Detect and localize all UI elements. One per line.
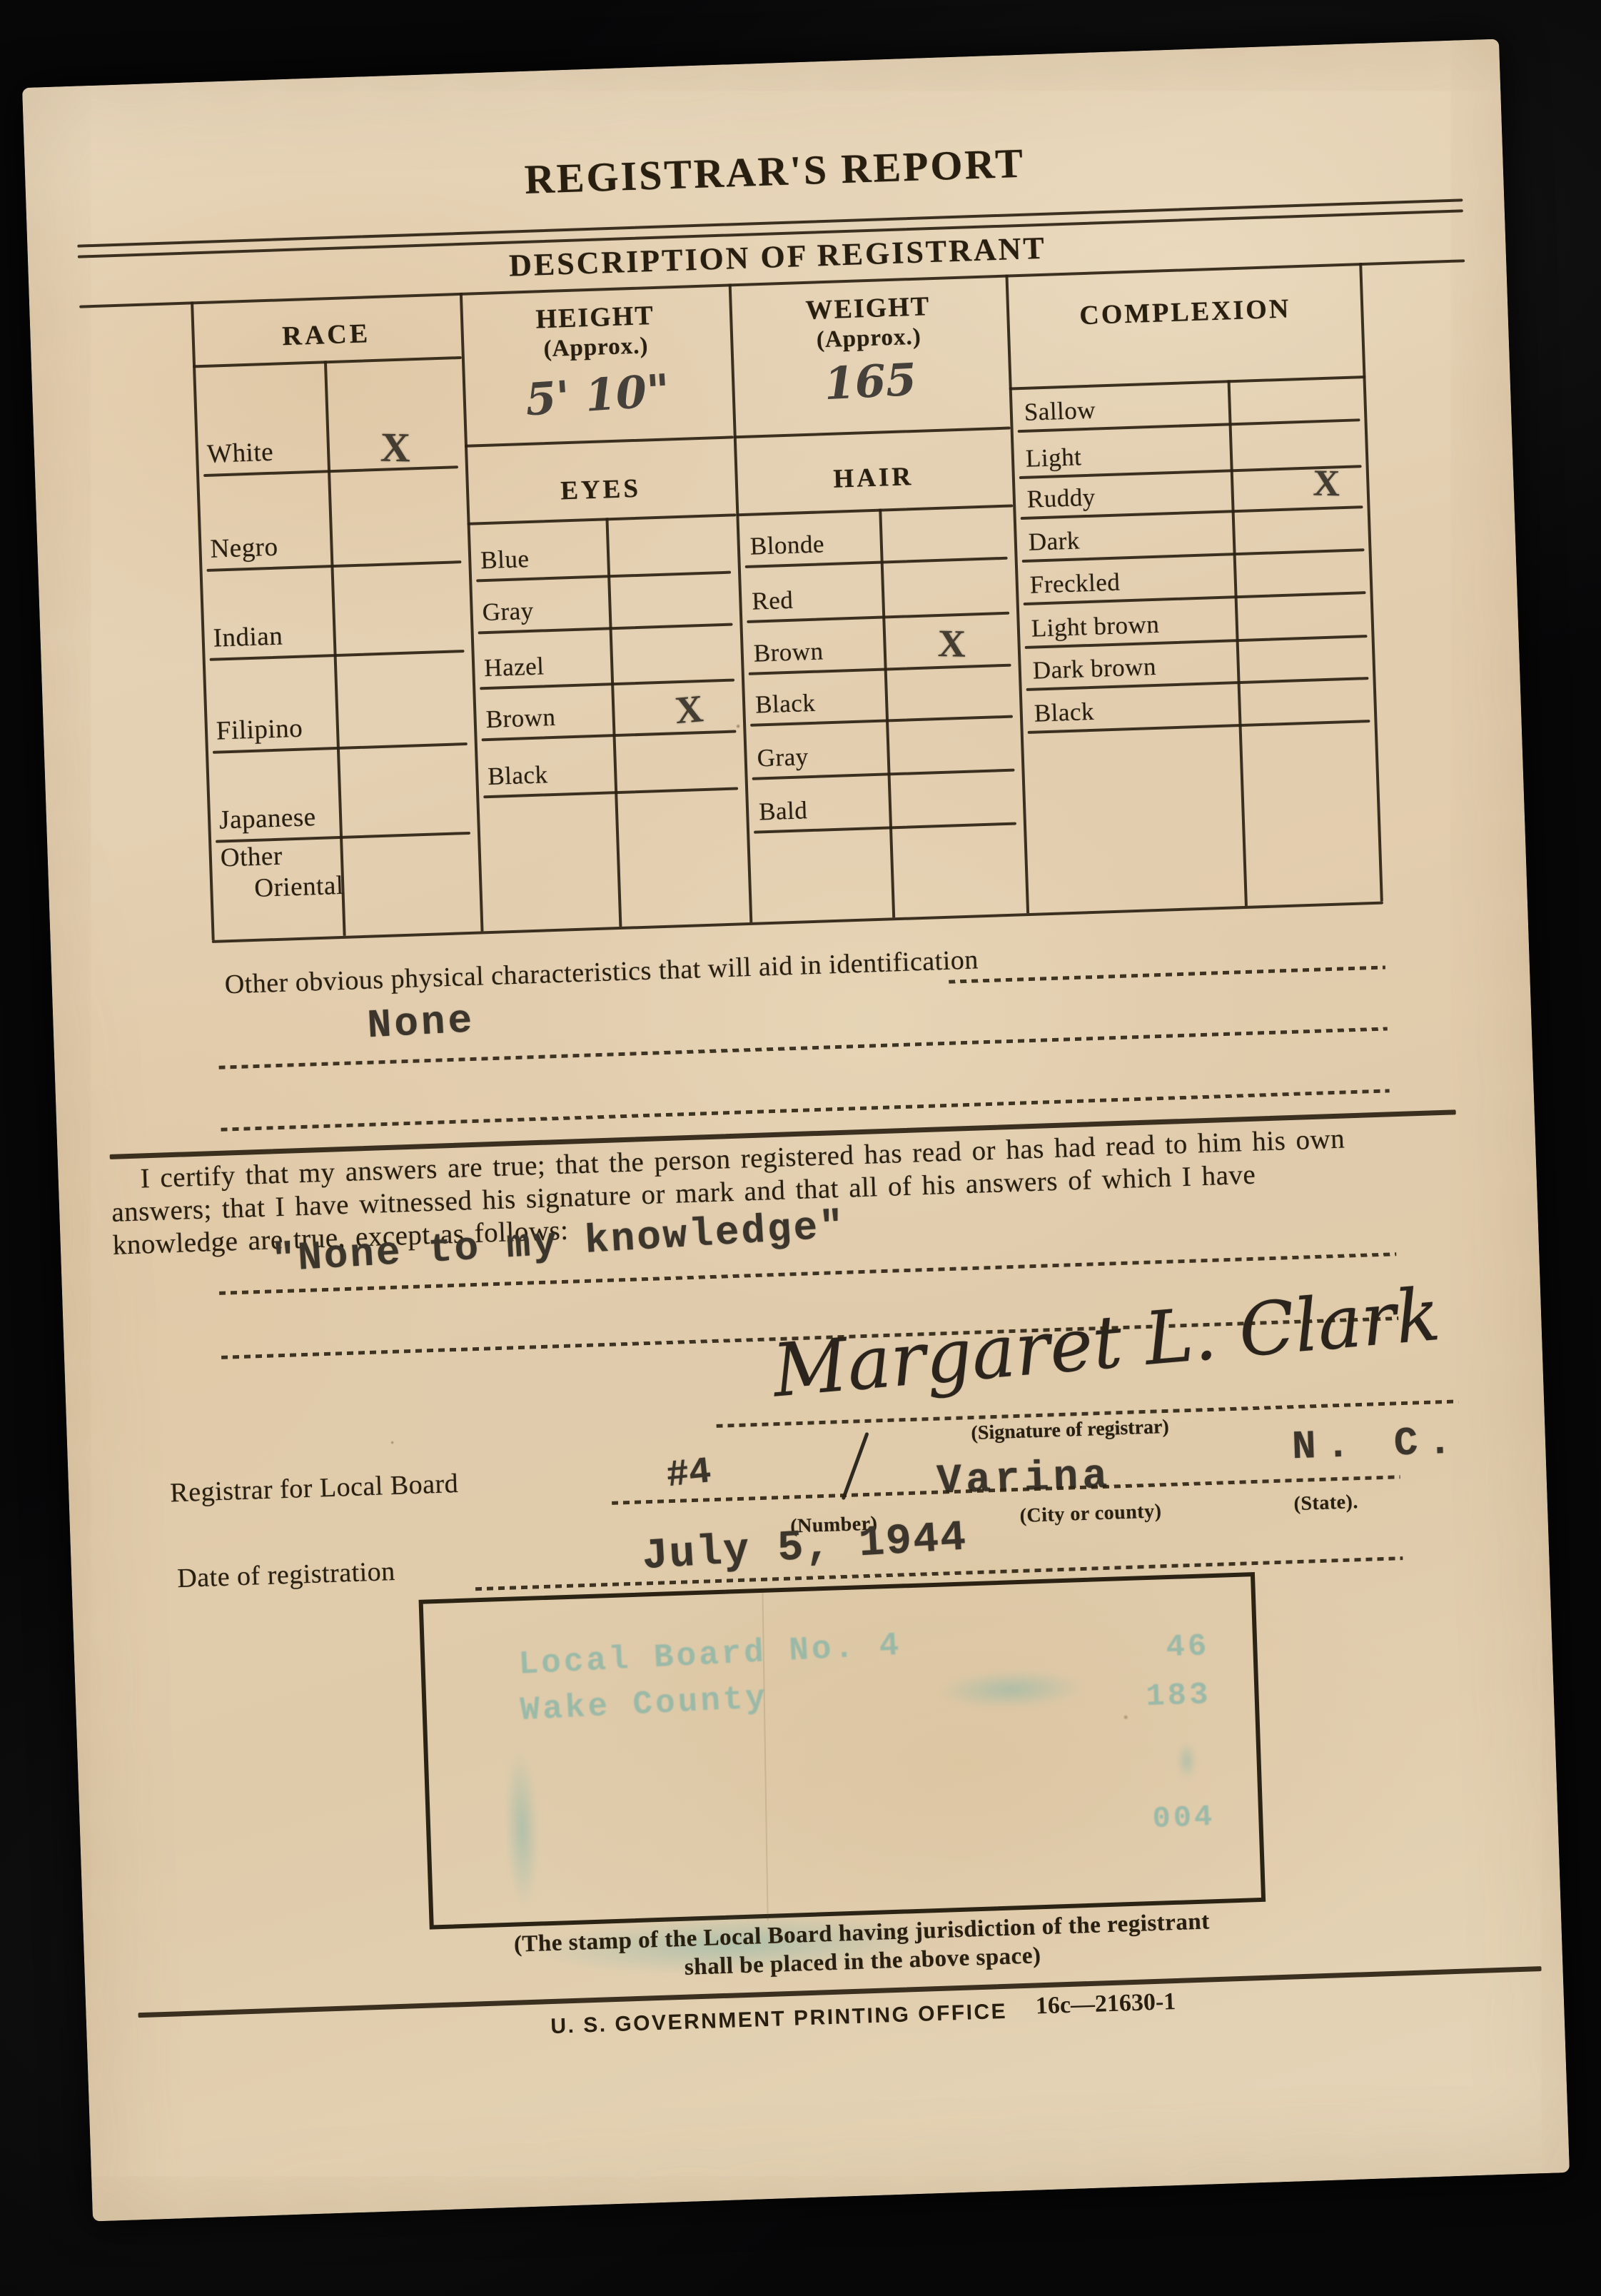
option-race-other-oriental: Other <box>220 841 283 874</box>
option-complexion-ruddy: Ruddy <box>1026 483 1096 514</box>
card-content: REGISTRAR'S REPORT DESCRIPTION OF REGIST… <box>22 39 1570 2222</box>
option-eyes-black: Black <box>488 760 548 791</box>
option-race-other-oriental: Oriental <box>254 870 345 904</box>
option-eyes-blue: Blue <box>480 545 530 575</box>
city-value: Varina <box>936 1454 1112 1506</box>
rule <box>212 902 1383 943</box>
weight-value: 165 <box>731 348 1010 415</box>
stamp-smudge <box>1177 1742 1197 1780</box>
dotted-rule <box>221 1089 1389 1131</box>
option-complexion-light-brown: Light brown <box>1031 610 1160 643</box>
registration-date-label: Date of registration <box>177 1556 396 1594</box>
rule-vertical <box>605 518 622 927</box>
dotted-rule <box>949 965 1385 983</box>
stamp-number-2: 183 <box>1111 1677 1212 1716</box>
rule <box>468 513 737 525</box>
rule <box>465 435 734 447</box>
option-race-indian: Indian <box>213 620 283 653</box>
option-race-white: White <box>206 437 273 470</box>
hair-header: HAIR <box>734 458 1012 498</box>
option-complexion-freckled: Freckled <box>1029 568 1121 600</box>
other-characteristics-value: None <box>366 997 476 1049</box>
check-mark-eyes-brown: X <box>655 685 723 734</box>
option-complexion-dark: Dark <box>1028 526 1080 556</box>
rule-vertical <box>1227 380 1247 906</box>
check-mark-hair-brown: X <box>919 621 984 667</box>
option-hair-gray: Gray <box>757 742 809 772</box>
footer-office: U. S. GOVERNMENT PRINTING OFFICE <box>550 2000 1008 2039</box>
option-race-japanese: Japanese <box>218 802 316 835</box>
stamp-box <box>419 1572 1266 1930</box>
state-value: N. C. <box>1291 1419 1463 1470</box>
scanned-document-page: { "document": { "title": "REGISTRAR'S RE… <box>0 0 1601 2296</box>
rule <box>193 356 462 368</box>
rule-vertical <box>324 361 346 936</box>
signature-caption: (Signature of registrar) <box>941 1415 1199 1446</box>
option-eyes-hazel: Hazel <box>484 652 545 683</box>
page-title: REGISTRAR'S REPORT <box>189 128 1360 214</box>
option-hair-red: Red <box>752 586 794 616</box>
local-board-label: Registrar for Local Board <box>170 1468 459 1509</box>
rule-vertical <box>879 509 895 918</box>
stamp-number-1: 46 <box>1109 1628 1211 1668</box>
option-eyes-gray: Gray <box>482 597 534 627</box>
state-caption: (State). <box>1240 1489 1412 1518</box>
option-hair-black: Black <box>755 689 816 720</box>
check-mark-complexion-ruddy: X <box>1294 462 1359 505</box>
height-value: 5' 10" <box>462 360 734 430</box>
stamp-number-3: 004 <box>1101 1800 1216 1838</box>
rule-vertical <box>1359 263 1383 902</box>
rule-vertical <box>191 301 215 940</box>
race-header: RACE <box>191 315 461 355</box>
option-complexion-black: Black <box>1034 698 1094 728</box>
option-race-negro: Negro <box>210 532 278 565</box>
option-complexion-light: Light <box>1025 443 1082 473</box>
rule <box>734 426 1011 438</box>
option-complexion-sallow: Sallow <box>1024 396 1096 427</box>
local-board-number: #4 <box>665 1451 713 1497</box>
registration-date-value: July 5, 1944 <box>641 1514 969 1581</box>
rule <box>736 504 1013 516</box>
rule-vertical <box>1005 274 1029 913</box>
stamp-smudge <box>939 1668 1083 1711</box>
option-eyes-brown: Brown <box>485 703 556 734</box>
option-hair-blonde: Blonde <box>749 530 824 560</box>
rule <box>1009 376 1366 391</box>
check-mark-race-white: X <box>363 423 428 472</box>
stamp-smudge <box>503 1750 541 1908</box>
option-race-filipino: Filipino <box>216 713 303 747</box>
option-complexion-dark-brown: Dark brown <box>1032 653 1156 685</box>
other-characteristics-label: Other obvious physical characteristics t… <box>224 944 979 1000</box>
option-hair-bald: Bald <box>759 796 808 826</box>
complexion-header: COMPLEXION <box>1006 291 1364 334</box>
option-hair-brown: Brown <box>753 637 824 668</box>
registrar-signature: Margaret L. Clark <box>726 1269 1487 1418</box>
eyes-header: EYES <box>466 470 736 509</box>
pen-stroke <box>842 1432 869 1501</box>
registration-card: REGISTRAR'S REPORT DESCRIPTION OF REGIST… <box>22 39 1570 2222</box>
footer-code: 16c—21630-1 <box>1035 1988 1176 2020</box>
